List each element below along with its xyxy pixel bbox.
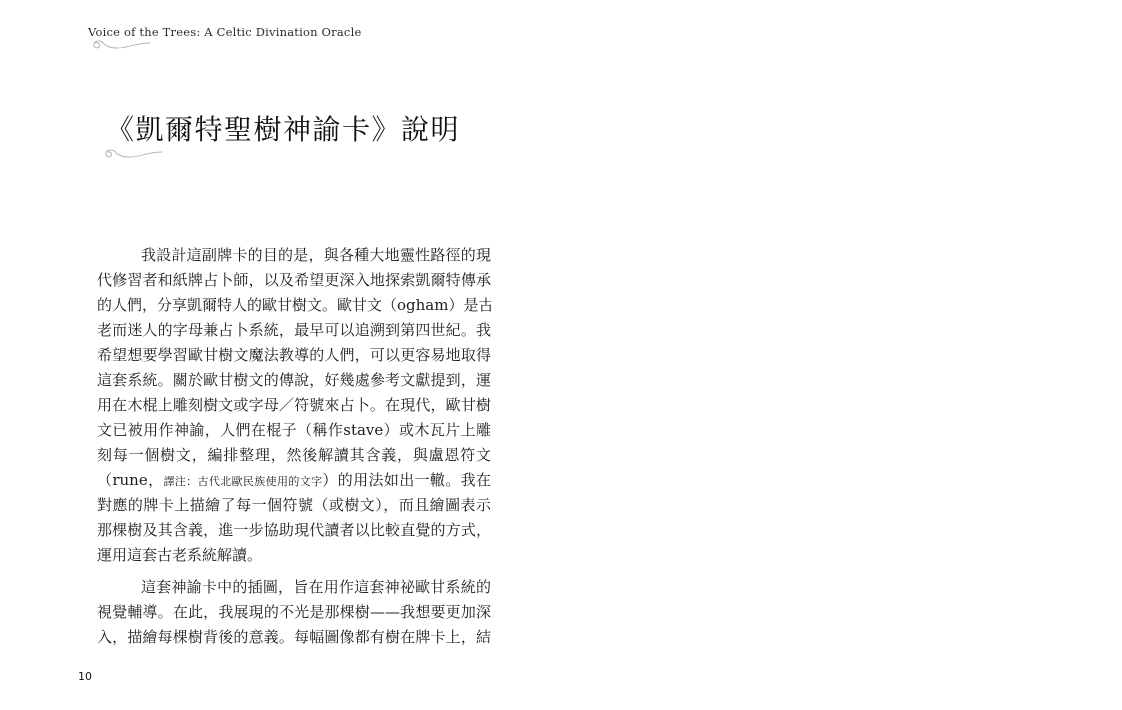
page-number-left: 10 — [78, 670, 92, 683]
text-line: 對應的牌卡上描繪了每一個符號（或樹文），而且繪圖表示 — [97, 493, 491, 518]
paragraph: 我設計這副牌卡的目的是，與各種大地靈性路徑的現代修習者和紙牌占卜師，以及希望更深… — [97, 243, 491, 568]
page-left: Voice of the Trees: A Celtic Divination … — [0, 0, 561, 710]
text-line: 代修習者和紙牌占卜師，以及希望更深入地探索凱爾特傳承 — [97, 268, 491, 293]
text-line: 運用這套古老系統解讀。 — [97, 543, 491, 568]
text-line: 文已被用作神諭，人們在棍子（稱作stave）或木瓦片上雕 — [97, 418, 491, 443]
text-line: 老而迷人的字母兼占卜系統，最早可以追溯到第四世紀。我 — [97, 318, 491, 343]
text-line: 視覺輔導。在此，我展現的不光是那棵樹——我想要更加深 — [97, 600, 491, 625]
chapter-title: 《凱爾特聖樹神諭卡》說明 — [106, 108, 460, 148]
text-line: 這套系統。關於歐甘樹文的傳說，好幾處參考文獻提到，運 — [97, 368, 491, 393]
text-line: 這套神諭卡中的插圖，旨在用作這套神祕歐甘系統的 — [97, 575, 491, 600]
paragraph: 這套神諭卡中的插圖，旨在用作這套神祕歐甘系統的視覺輔導。在此，我展現的不光是那棵… — [97, 575, 491, 650]
translator-note: 譯注：古代北歐民族使用的文字 — [163, 475, 322, 488]
left-text-column: 我設計這副牌卡的目的是，與各種大地靈性路徑的現代修習者和紙牌占卜師，以及希望更深… — [97, 243, 491, 650]
text-line: 刻每一個樹文，編排整理，然後解讀其含義，與盧恩符文 — [97, 443, 491, 468]
text-segment: （rune， — [97, 471, 163, 489]
text-line: （rune，譯注：古代北歐民族使用的文字）的用法如出一轍。我在 — [97, 468, 491, 493]
text-line: 用在木棍上雕刻樹文或字母／符號來占卜。在現代，歐甘樹 — [97, 393, 491, 418]
text-line: 那棵樹及其含義，進一步協助現代讀者以比較直覺的方式， — [97, 518, 491, 543]
book-spread: { "running_header": "Voice of the Trees:… — [0, 0, 1122, 710]
text-line: 入，描繪每棵樹背後的意義。每幅圖像都有樹在牌卡上，結 — [97, 625, 491, 650]
text-line: 的人們，分享凱爾特人的歐甘樹文。歐甘文（ogham）是古 — [97, 293, 491, 318]
text-line: 希望想要學習歐甘樹文魔法教導的人們，可以更容易地取得 — [97, 343, 491, 368]
flourish-swirl-icon — [90, 37, 152, 53]
text-segment: ）的用法如出一轍。我在 — [322, 471, 491, 489]
page-right: 合涉及凱爾特土地的人們或動物的某種動作。在這麼做的時候，我想要展現我們與這些樹的… — [561, 0, 1122, 710]
text-line: 我設計這副牌卡的目的是，與各種大地靈性路徑的現 — [97, 243, 491, 268]
flourish-swirl-icon — [102, 145, 164, 163]
